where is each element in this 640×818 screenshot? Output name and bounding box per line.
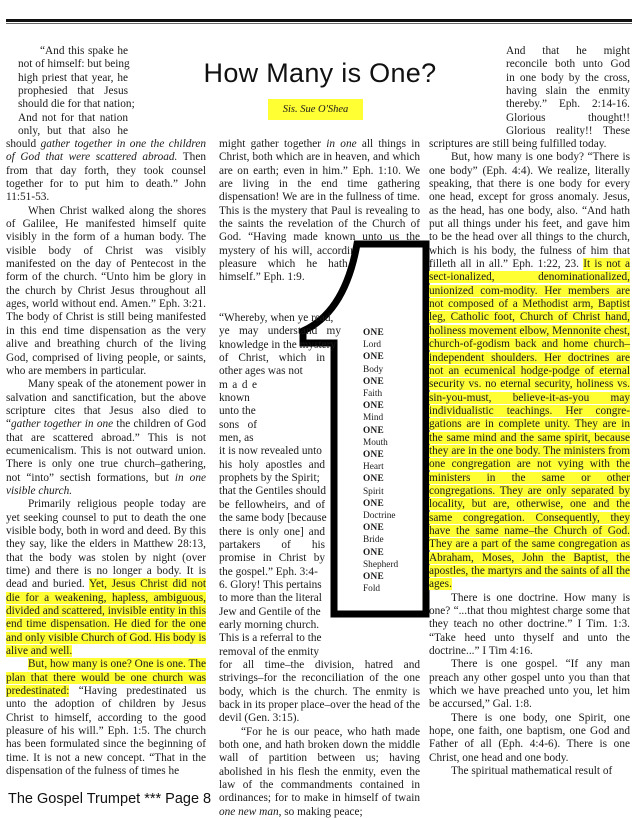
text-line: ye may understand my	[219, 325, 341, 338]
one-keyword: ONE	[363, 571, 423, 583]
text-line: to more than the literal	[219, 592, 345, 605]
text-line: reconcile both unto God	[506, 58, 630, 71]
text-line: “Whereby, when ye read,	[219, 312, 345, 325]
text-line: removal of the enmity	[219, 646, 345, 659]
text-line: known	[219, 392, 257, 405]
text-line: the same body [because	[219, 512, 345, 525]
text-line: men, as	[219, 432, 345, 445]
text-line: prophets by the Spirit;	[219, 472, 345, 485]
paragraph: “For he is our peace, who hath made both…	[219, 726, 420, 818]
one-item: Faith	[363, 388, 423, 400]
text-line: Glorious reality!! These	[506, 125, 630, 138]
paragraph: There is one body, one Spirit, one hope,…	[429, 712, 630, 765]
right-column-body: scriptures are still being fulfilled tod…	[429, 138, 630, 779]
one-item: Doctrine	[363, 510, 423, 522]
one-item: Heart	[363, 461, 423, 473]
text-line: Jew and Gentile of the	[219, 606, 345, 619]
text-line: it is now revealed unto	[219, 445, 345, 458]
one-keyword: ONE	[363, 351, 423, 363]
text-line: And that he might	[506, 45, 630, 58]
one-item: Shepherd	[363, 559, 423, 571]
one-keyword: ONE	[363, 327, 423, 339]
one-item: Mouth	[363, 437, 423, 449]
text-line: sons of	[219, 419, 257, 432]
text-line: unto the	[219, 405, 345, 418]
text-line: his holy apostles and	[219, 459, 325, 472]
one-item: Spirit	[363, 486, 423, 498]
one-item: Bride	[363, 534, 423, 546]
one-list: ONE Lord ONE Body ONE Faith ONE Mind ONE…	[363, 327, 423, 595]
one-keyword: ONE	[363, 547, 423, 559]
text-line: 6. Glory! This pertains	[219, 579, 345, 592]
one-item: Fold	[363, 583, 423, 595]
text-line: This is a referral to the	[219, 632, 345, 645]
one-keyword: ONE	[363, 425, 423, 437]
paragraph: for all time–the division, hatred and st…	[219, 659, 420, 726]
text-line: the gospel.” Eph. 3:4-	[219, 566, 345, 579]
page-footer: The Gospel Trumpet *** Page 8	[8, 791, 211, 807]
text-line: partakers of his	[219, 539, 325, 552]
text-line: other ages was not	[219, 365, 345, 378]
text-line: in one body by the cross,	[506, 72, 630, 85]
paragraph: But, how many is one body? “There is one…	[429, 151, 630, 591]
text-line: knowledge in the mystery	[219, 339, 345, 352]
one-keyword: ONE	[363, 400, 423, 412]
paragraph: scriptures are still being fulfilled tod…	[429, 138, 630, 151]
one-keyword: ONE	[363, 498, 423, 510]
one-item: Mind	[363, 412, 423, 424]
text-line: having slain the enmity	[506, 85, 630, 98]
text-line: thereby.” Eph. 2:14-16.	[506, 98, 630, 111]
text-line: Glorious thought!!	[506, 112, 630, 125]
one-keyword: ONE	[363, 522, 423, 534]
text-line: promise in Christ by	[219, 552, 325, 565]
text-line: of Christ, which in	[219, 352, 325, 365]
one-item: Body	[363, 364, 423, 376]
text-line: be fellowheirs, and of	[219, 499, 325, 512]
paragraph: The spiritual mathematical result of	[429, 765, 630, 778]
text-line: that the Gentiles should	[219, 485, 345, 498]
one-item: Lord	[363, 339, 423, 351]
middle-column-lower: for all time–the division, hatred and st…	[219, 659, 420, 818]
paragraph: There is one doctrine. How many is one? …	[429, 592, 630, 659]
paragraph: There is one gospel. “If any man preach …	[429, 658, 630, 711]
text-line: m a d e	[219, 379, 257, 392]
right-column-top: And that he might reconcile both unto Go…	[506, 45, 630, 138]
one-keyword: ONE	[363, 473, 423, 485]
text-line: early morning church.	[219, 619, 345, 632]
one-keyword: ONE	[363, 376, 423, 388]
highlighted-text: It is not a sect-ionalized, denomination…	[429, 258, 630, 590]
text-line: there is only one] and	[219, 526, 325, 539]
one-keyword: ONE	[363, 449, 423, 461]
middle-column-shaped-text: “Whereby, when ye read, ye may understan…	[219, 312, 345, 659]
